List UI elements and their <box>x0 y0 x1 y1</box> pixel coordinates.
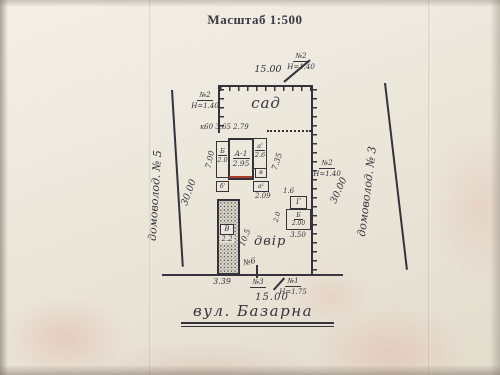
marker-yard-gate: №6 <box>242 254 267 268</box>
dim-top-width: 15.00 <box>250 64 286 75</box>
house-wing-right-label: а' <box>255 142 265 151</box>
dim-porch-width: 2.09 <box>255 192 279 200</box>
garden-top-fence-ticks <box>220 87 312 91</box>
plan-scale-title: Масштаб 1:500 <box>170 12 340 28</box>
street-name-label: вул. Базарна <box>193 302 333 320</box>
dim-house-right: 7.35 <box>268 146 286 177</box>
shed-tag: В <box>220 224 234 235</box>
marker-right-number: №2 <box>319 159 334 169</box>
marker-gate: №3 <box>247 278 269 288</box>
house-main-value: 2.95 <box>233 159 250 168</box>
neighbor-left-label: домоволод. № 5 <box>144 125 166 266</box>
garden-bottom-dotted-line <box>267 130 311 132</box>
outbuilding-g-label: Г <box>296 198 301 206</box>
dim-outbuilding-gap: 1.6 <box>283 187 303 195</box>
scanned-site-plan: Масштаб 1:500 15.00 №2 Н=1.40 сад домово… <box>0 0 500 375</box>
gate-tick <box>256 265 258 278</box>
outbuilding-b: Б 2.00 <box>286 209 311 230</box>
paper-edge-bottom <box>0 365 500 375</box>
house-wing-left-label: Б <box>218 147 227 156</box>
house-wing-right: а' 2.6 <box>253 138 267 169</box>
house-annex: в <box>255 168 267 178</box>
shed-value: 2.2 <box>220 235 234 243</box>
marker-right: №2 Н=1.40 <box>312 159 342 178</box>
street-name-underline-2 <box>181 326 334 327</box>
house-wing-right-value: 2.6 <box>255 151 265 159</box>
house-note: к60 3.65 2.79 <box>200 123 270 131</box>
dim-outbuilding-side: 2.0 <box>270 204 284 229</box>
street-name-underline-1 <box>181 322 334 324</box>
yard-area-label: двір <box>254 234 298 249</box>
paper-edge-left <box>0 0 8 375</box>
paper-edge-right <box>490 0 500 375</box>
house-porch-left: б' <box>216 181 229 192</box>
marker-gate-number: №3 <box>250 278 265 288</box>
marker-top-right: №2 Н=1.40 <box>284 52 318 71</box>
marker-left: №2 Н=1.40 <box>190 91 220 110</box>
neighbor-right-boundary-line <box>384 83 408 270</box>
house-main: А-1 2.95 <box>228 138 254 180</box>
neighbor-right-label: домоволод. № 3 <box>352 121 382 262</box>
paper-edge-top <box>0 0 500 7</box>
outbuilding-g: Г <box>290 196 307 209</box>
house-porch-left-label: б' <box>220 183 225 190</box>
right-fence-ticks <box>313 89 317 273</box>
marker-top-right-number: №2 <box>293 52 308 62</box>
dim-depth-left: 30.00 <box>176 170 201 215</box>
house-main-label: А-1 <box>233 149 250 159</box>
house-wing-left-value: 2.0 <box>217 156 227 164</box>
house-porch-right-label: а¹ <box>258 183 264 190</box>
marker-top-right-height: Н=1.40 <box>284 62 318 71</box>
outbuilding-b-label: Б <box>294 212 302 220</box>
house-red-mark <box>229 176 252 178</box>
street-boundary-line <box>162 274 343 276</box>
dim-shed-front: 3.39 <box>208 277 236 286</box>
house-annex-label: в <box>259 169 263 176</box>
marker-left-height: Н=1.40 <box>190 101 220 110</box>
paper-crease-right <box>428 0 431 375</box>
outbuilding-b-value: 2.00 <box>292 220 305 227</box>
house-porch-right: а¹ <box>253 181 269 192</box>
neighbor-left-boundary-line <box>171 90 184 267</box>
marker-left-number: №2 <box>197 91 212 101</box>
marker-bottom-right-number: №1 <box>285 277 300 287</box>
marker-right-height: Н=1.40 <box>312 169 342 178</box>
garden-area-label: сад <box>246 94 286 112</box>
shed-label: В <box>224 225 229 233</box>
